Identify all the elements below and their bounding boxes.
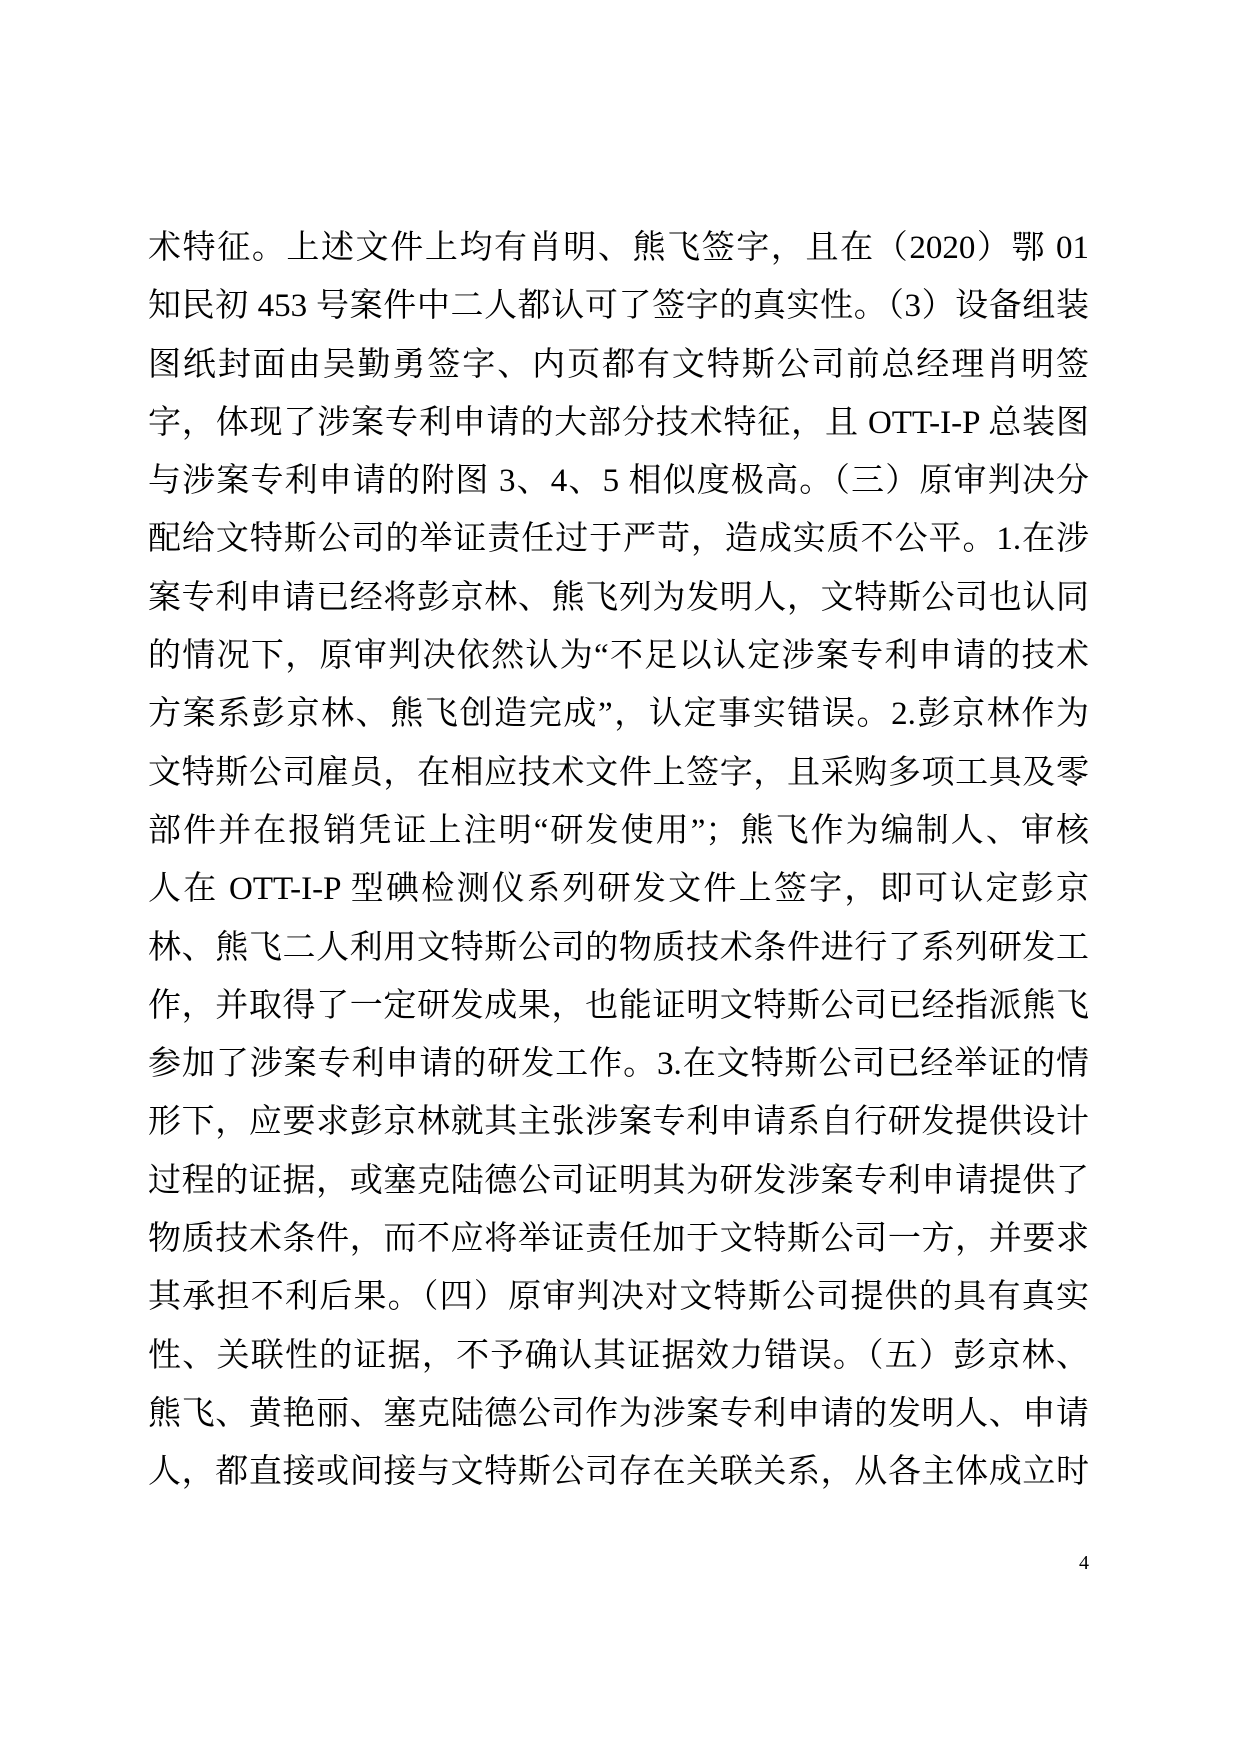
text-line: 字，体现了涉案专利申请的大部分技术特征，且 OTT-I-P 总装图: [148, 394, 1089, 452]
text-line: 人，都直接或间接与文特斯公司存在关联关系，从各主体成立时: [148, 1443, 1089, 1501]
judgment-page: 术特征。上述文件上均有肖明、熊飞签字，且在（2020）鄂 01知民初 453 号…: [0, 0, 1240, 1754]
text-line: 作，并取得了一定研发成果，也能证明文特斯公司已经指派熊飞: [148, 977, 1089, 1035]
text-line: 物质技术条件，而不应将举证责任加于文特斯公司一方，并要求: [148, 1210, 1089, 1268]
text-line: 案专利申请已经将彭京林、熊飞列为发明人，文特斯公司也认同: [148, 569, 1089, 627]
text-line: 与涉案专利申请的附图 3、4、5 相似度极高。（三）原审判决分: [148, 452, 1089, 510]
text-line: 熊飞、黄艳丽、塞克陆德公司作为涉案专利申请的发明人、申请: [148, 1385, 1089, 1443]
text-line: 文特斯公司雇员，在相应技术文件上签字，且采购多项工具及零: [148, 744, 1089, 802]
text-line: 性、关联性的证据，不予确认其证据效力错误。（五）彭京林、: [148, 1327, 1089, 1385]
text-line: 知民初 453 号案件中二人都认可了签字的真实性。（3）设备组装: [148, 277, 1089, 335]
text-line: 配给文特斯公司的举证责任过于严苛，造成实质不公平。1.在涉: [148, 510, 1089, 568]
text-line: 参加了涉案专利申请的研发工作。3.在文特斯公司已经举证的情: [148, 1035, 1089, 1093]
text-line: 部件并在报销凭证上注明“研发使用”；熊飞作为编制人、审核: [148, 802, 1089, 860]
text-line: 过程的证据，或塞克陆德公司证明其为研发涉案专利申请提供了: [148, 1152, 1089, 1210]
text-line: 其承担不利后果。（四）原审判决对文特斯公司提供的具有真实: [148, 1268, 1089, 1326]
text-line: 的情况下，原审判决依然认为“不足以认定涉案专利申请的技术: [148, 627, 1089, 685]
text-line: 人在 OTT-I-P 型碘检测仪系列研发文件上签字，即可认定彭京: [148, 860, 1089, 918]
page-number: 4: [148, 1549, 1089, 1577]
text-line: 图纸封面由吴勤勇签字、内页都有文特斯公司前总经理肖明签: [148, 336, 1089, 394]
text-line: 形下，应要求彭京林就其主张涉案专利申请系自行研发提供设计: [148, 1093, 1089, 1151]
text-line: 林、熊飞二人利用文特斯公司的物质技术条件进行了系列研发工: [148, 919, 1089, 977]
text-line: 术特征。上述文件上均有肖明、熊飞签字，且在（2020）鄂 01: [148, 219, 1089, 277]
judgment-body-text: 术特征。上述文件上均有肖明、熊飞签字，且在（2020）鄂 01知民初 453 号…: [148, 219, 1089, 1502]
text-line: 方案系彭京林、熊飞创造完成”，认定事实错误。2.彭京林作为: [148, 685, 1089, 743]
